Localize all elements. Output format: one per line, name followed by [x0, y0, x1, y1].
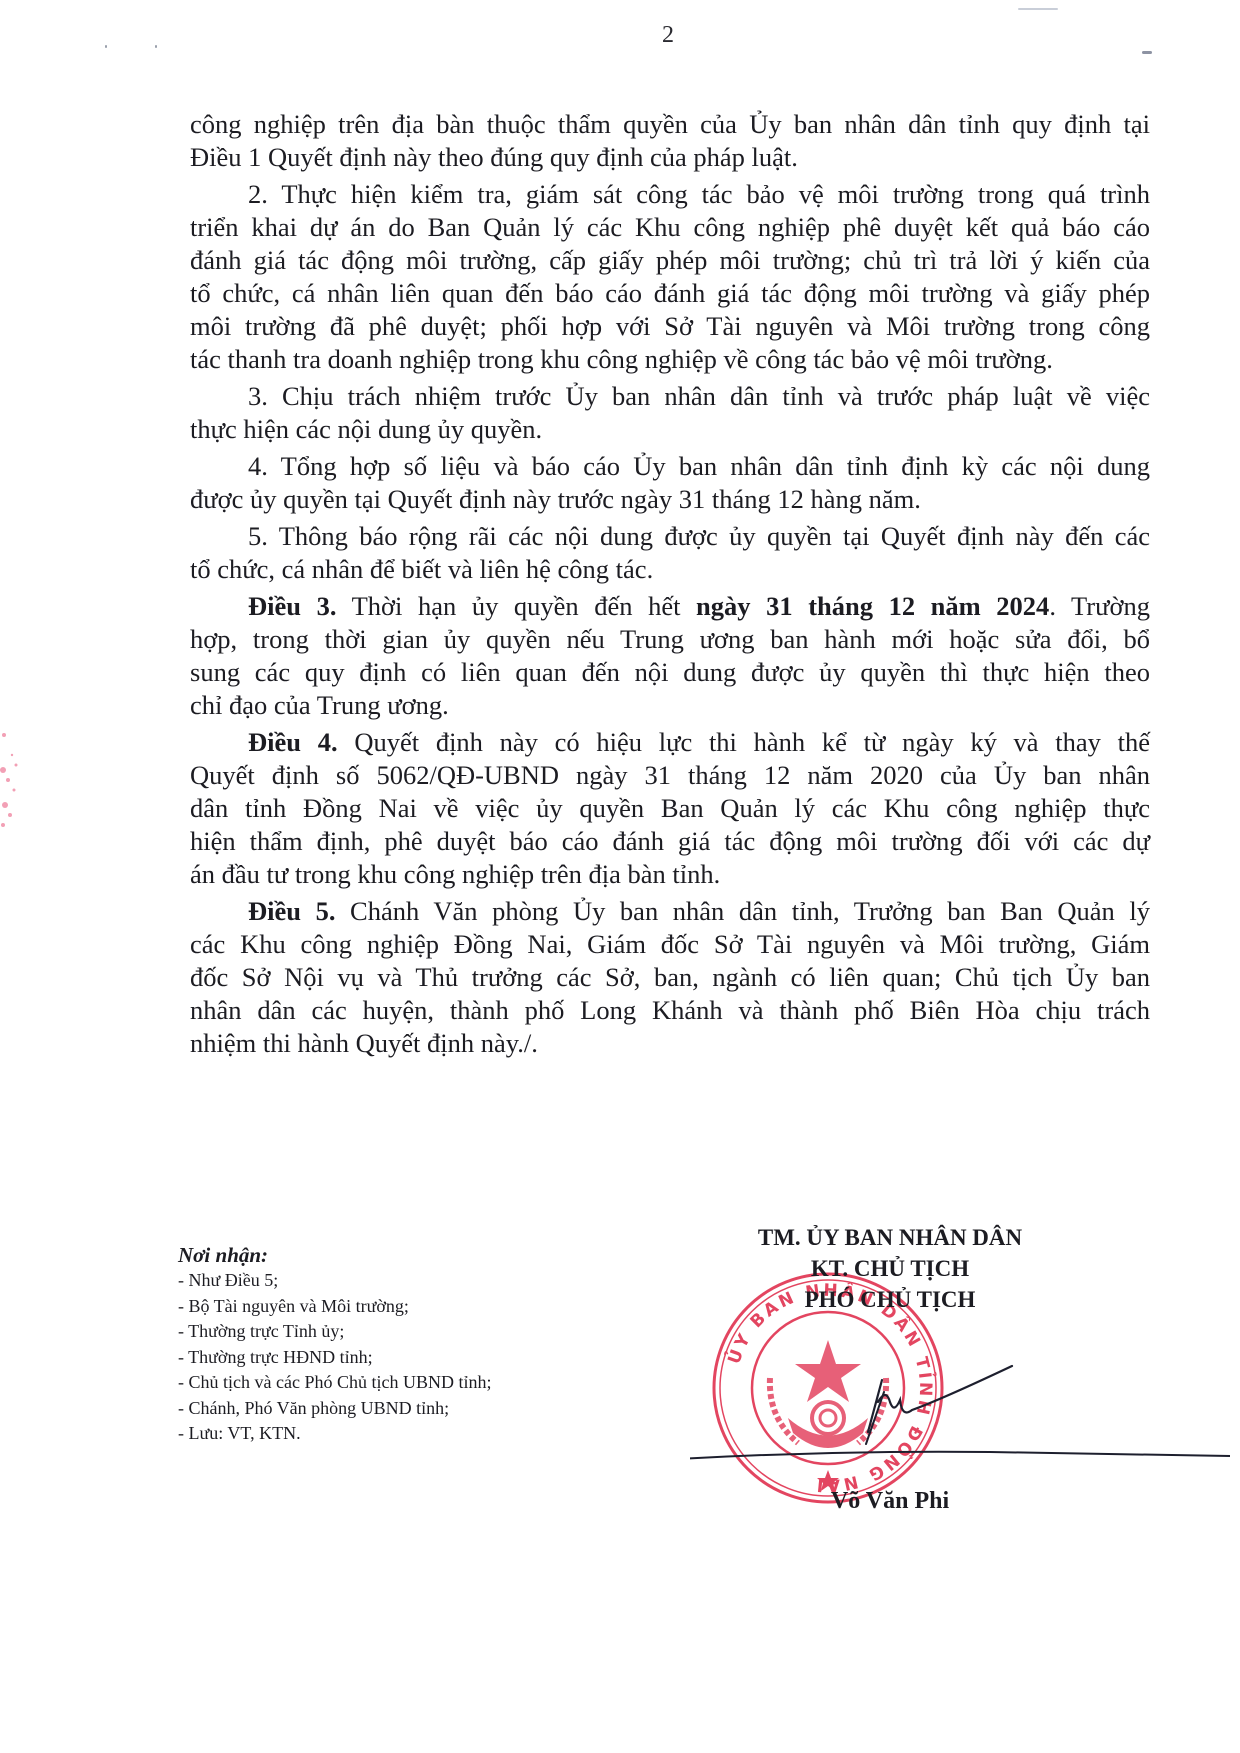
article-label: Điều 4. [248, 727, 338, 757]
text-line: các Khu công nghiệp Đồng Nai, Giám đốc S… [190, 928, 1150, 961]
recipients-title: Nơi nhận: [178, 1243, 491, 1268]
text-line: tác thanh tra doanh nghiệp trong khu côn… [190, 343, 1150, 376]
scan-artifact [155, 45, 157, 48]
deadline-date: ngày 31 tháng 12 năm 2024 [696, 591, 1049, 621]
text-line: triển khai dự án do Ban Quản lý các Khu … [190, 211, 1150, 244]
text-run: . Trường [1049, 591, 1150, 621]
paragraph-item-2: 2. Thực hiện kiểm tra, giám sát công tác… [190, 178, 1150, 376]
paragraph-continuation: công nghiệp trên địa bàn thuộc thẩm quyề… [190, 108, 1150, 174]
text-line: tổ chức, cá nhân để biết và liên hệ công… [190, 553, 1150, 586]
recipient-item: - Thường trực Tỉnh ủy; [178, 1319, 491, 1345]
recipient-item: - Bộ Tài nguyên và Môi trường; [178, 1294, 491, 1320]
text-line: đánh giá tác động môi trường, cấp giấy p… [190, 244, 1150, 277]
text-line: hiện thẩm định, phê duyệt báo cáo đánh g… [190, 825, 1150, 858]
text-line: đốc Sở Nội vụ và Thủ trưởng các Sở, ban,… [190, 961, 1150, 994]
recipient-item: - Chủ tịch và các Phó Chủ tịch UBND tỉnh… [178, 1370, 491, 1396]
article-label: Điều 5. [248, 896, 335, 926]
paragraph-item-3: 3. Chịu trách nhiệm trước Ủy ban nhân dâ… [190, 380, 1150, 446]
text-line: Điều 4. Quyết định này có hiệu lực thi h… [190, 726, 1150, 759]
scan-artifact [1142, 51, 1152, 54]
signer-title: PHÓ CHỦ TỊCH [690, 1284, 1090, 1315]
text-line: 2. Thực hiện kiểm tra, giám sát công tác… [190, 178, 1150, 211]
signer-name: Võ Văn Phi [690, 1488, 1090, 1515]
text-line: nhiệm thi hành Quyết định này./. [190, 1027, 1150, 1060]
signer-organization: TM. ỦY BAN NHÂN DÂN [690, 1222, 1090, 1253]
text-line: Điều 1 Quyết định này theo đúng quy định… [190, 141, 1150, 174]
text-line: 3. Chịu trách nhiệm trước Ủy ban nhân dâ… [190, 380, 1150, 413]
page-number: 2 [662, 22, 674, 49]
article-label: Điều 3. [248, 591, 336, 621]
recipient-item: - Lưu: VT, KTN. [178, 1421, 491, 1447]
text-run: Chánh Văn phòng Ủy ban nhân dân tỉnh, Tr… [335, 896, 1150, 926]
recipient-item: - Như Điều 5; [178, 1268, 491, 1294]
text-run: Quyết định này có hiệu lực thi hành kể t… [338, 727, 1150, 757]
recipients-block: Nơi nhận: - Như Điều 5; - Bộ Tài nguyên … [178, 1243, 491, 1447]
text-line: án đầu tư trong khu công nghiệp trên địa… [190, 858, 1150, 891]
signer-capacity: KT. CHỦ TỊCH [690, 1253, 1090, 1284]
text-line: tổ chức, cá nhân liên quan đến báo cáo đ… [190, 277, 1150, 310]
text-run: Thời hạn ủy quyền đến hết [336, 591, 696, 621]
scan-artifact [1018, 8, 1058, 10]
article-5: Điều 5. Chánh Văn phòng Ủy ban nhân dân … [190, 895, 1150, 1060]
article-3: Điều 3. Thời hạn ủy quyền đến hết ngày 3… [190, 590, 1150, 722]
stamp-fragment-left-edge [0, 715, 30, 855]
text-line: 5. Thông báo rộng rãi các nội dung được … [190, 520, 1150, 553]
decision-body: công nghiệp trên địa bàn thuộc thẩm quyề… [190, 108, 1150, 1064]
recipient-item: - Chánh, Phó Văn phòng UBND tỉnh; [178, 1396, 491, 1422]
text-line: thực hiện các nội dung ủy quyền. [190, 413, 1150, 446]
text-line: công nghiệp trên địa bàn thuộc thẩm quyề… [190, 108, 1150, 141]
recipient-item: - Thường trực HĐND tỉnh; [178, 1345, 491, 1371]
text-line: Điều 5. Chánh Văn phòng Ủy ban nhân dân … [190, 895, 1150, 928]
text-line: Điều 3. Thời hạn ủy quyền đến hết ngày 3… [190, 590, 1150, 623]
paragraph-item-4: 4. Tổng hợp số liệu và báo cáo Ủy ban nh… [190, 450, 1150, 516]
scan-artifact [105, 45, 107, 48]
text-line: dân tỉnh Đồng Nai về việc ủy quyền Ban Q… [190, 792, 1150, 825]
text-line: 4. Tổng hợp số liệu và báo cáo Ủy ban nh… [190, 450, 1150, 483]
text-line: môi trường đã phê duyệt; phối hợp với Sở… [190, 310, 1150, 343]
text-line: chỉ đạo của Trung ương. [190, 689, 1150, 722]
text-line: được ủy quyền tại Quyết định này trước n… [190, 483, 1150, 516]
paragraph-item-5: 5. Thông báo rộng rãi các nội dung được … [190, 520, 1150, 586]
text-line: sung các quy định có liên quan đến nội d… [190, 656, 1150, 689]
article-4: Điều 4. Quyết định này có hiệu lực thi h… [190, 726, 1150, 891]
text-line: hợp, trong thời gian ủy quyền nếu Trung … [190, 623, 1150, 656]
text-line: Quyết định số 5062/QĐ-UBND ngày 31 tháng… [190, 759, 1150, 792]
signature-block: TM. ỦY BAN NHÂN DÂN KT. CHỦ TỊCH PHÓ CHỦ… [690, 1222, 1090, 1315]
handwritten-signature-icon [690, 1340, 1230, 1490]
text-line: nhân dân các huyện, thành phố Long Khánh… [190, 994, 1150, 1027]
